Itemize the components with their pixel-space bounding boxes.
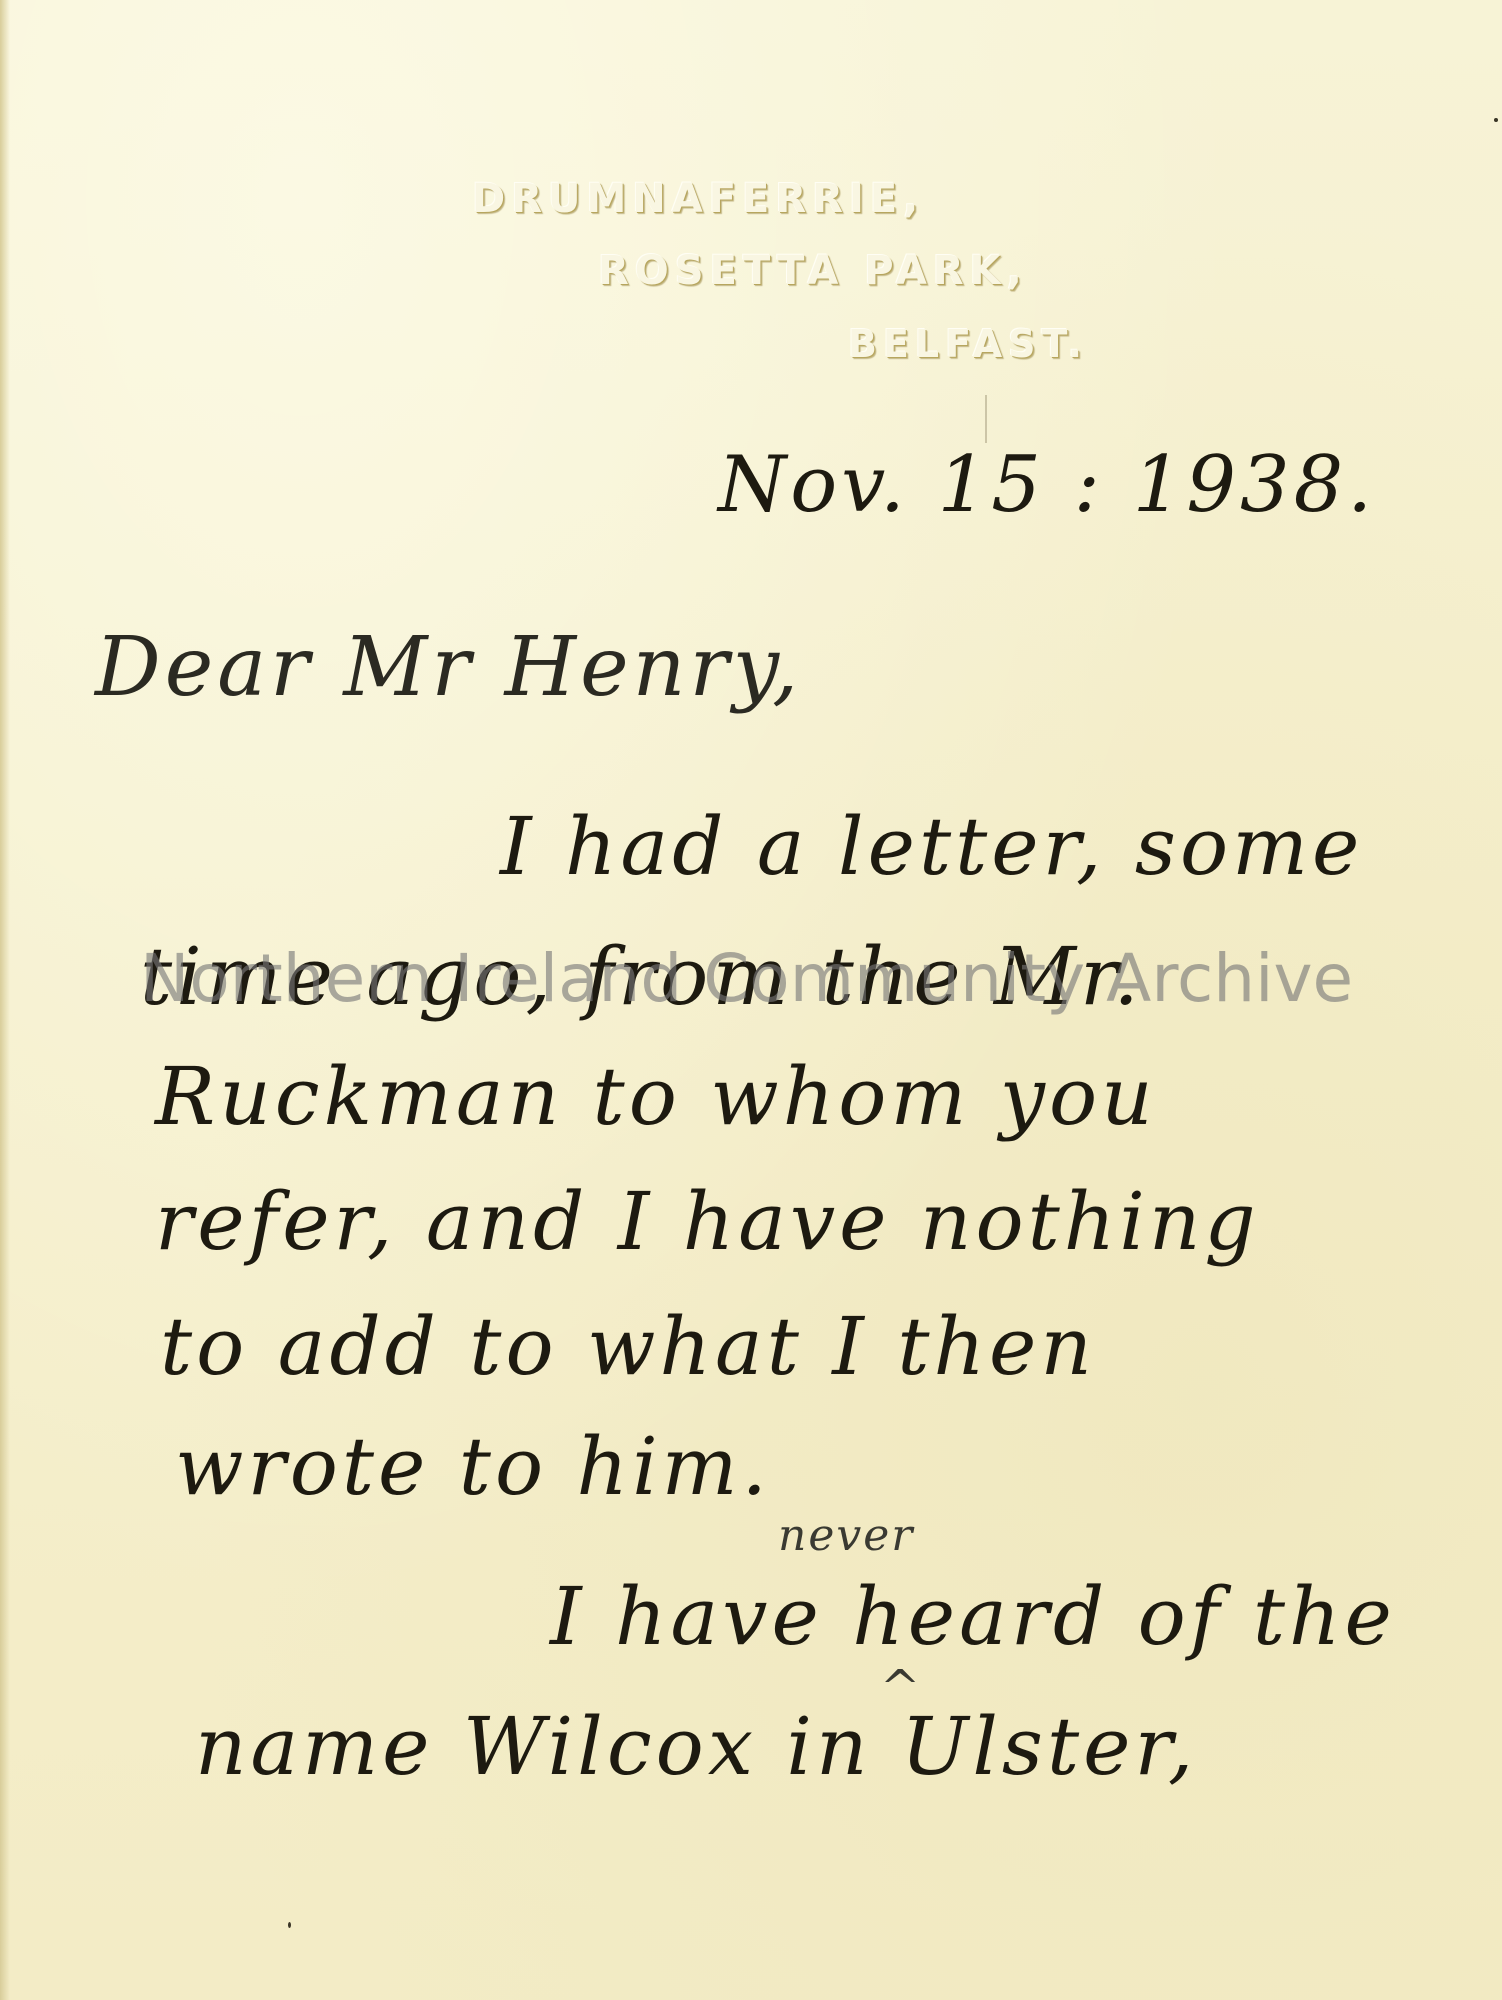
paper-speck xyxy=(288,1922,291,1928)
paper-crease-mark xyxy=(985,395,987,443)
body-line-3: Ruckman to whom you xyxy=(155,1050,1157,1143)
body-line-8: name Wilcox in Ulster, xyxy=(195,1700,1197,1793)
body-line-4: refer, and I have nothing xyxy=(155,1175,1260,1268)
letterhead-house-name: DRUMNAFERRIE, xyxy=(472,176,924,222)
inserted-word-never: never xyxy=(778,1510,914,1561)
letterhead-street: ROSETTA PARK, xyxy=(598,248,1028,294)
letterhead-city: BELFAST. xyxy=(848,322,1088,366)
letter-salutation: Dear Mr Henry, xyxy=(95,620,802,715)
archive-watermark: Northern Ireland Community Archive xyxy=(140,940,1353,1017)
body-line-1: I had a letter, some xyxy=(500,800,1363,893)
paper-speck xyxy=(1494,118,1498,122)
letter-date: Nov. 15 : 1938. xyxy=(718,440,1376,530)
body-line-6: wrote to him. xyxy=(175,1420,771,1513)
paper-edge-shadow xyxy=(0,0,10,2000)
body-line-7: I have heard of the xyxy=(550,1570,1396,1663)
body-line-5: to add to what I then xyxy=(160,1300,1096,1393)
